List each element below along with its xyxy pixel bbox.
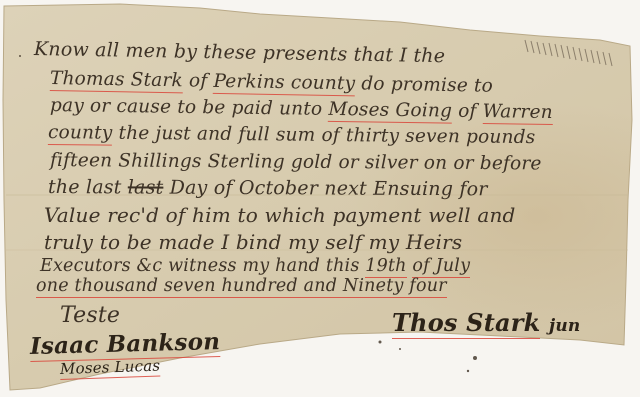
document-scan: Know all men by these presents that I th… <box>0 0 640 397</box>
date-month: of July <box>412 256 470 276</box>
line-text: fifteen Shillings Sterling gold or silve… <box>50 150 542 174</box>
text-line-5: fifteen Shillings Sterling gold or silve… <box>50 150 542 174</box>
witness-name: Moses Lucas <box>60 357 161 378</box>
witness-name: Isaac Bankson <box>30 328 221 360</box>
line-text: Value rec'd of him to which payment well… <box>44 203 516 227</box>
creditor-name: Moses Going <box>328 99 452 122</box>
debtor-name: Thomas Stark <box>50 68 183 91</box>
text-line-7: Value rec'd of him to which payment well… <box>44 203 516 227</box>
line-text: the just and full sum of thirty seven po… <box>112 123 535 148</box>
witness-signature-2: Moses Lucas <box>60 357 161 378</box>
attest-label: Teste <box>60 303 120 328</box>
county-word: county <box>48 122 113 144</box>
debtor-county: Perkins county <box>213 71 355 94</box>
witness-signature-1: Isaac Bankson <box>30 328 221 360</box>
date-day: 19th <box>365 256 406 276</box>
line-text: the last <box>48 176 128 198</box>
line-text: pay or cause to be paid unto <box>50 95 329 120</box>
creditor-place: Warren <box>482 101 552 123</box>
text-line-6: the last last Day of October next Ensuin… <box>48 176 488 200</box>
struck-word: last <box>128 176 164 198</box>
signature-suffix: jun <box>549 316 580 336</box>
line-text: of <box>183 70 214 92</box>
text-line-9: Executors &c witness my hand this 19th o… <box>40 256 470 276</box>
line-text: Executors &c witness my hand this <box>40 256 365 276</box>
text-line-10: one thousand seven hundred and Ninety fo… <box>36 276 447 296</box>
line-text: truly to be made I bind my self my Heirs <box>44 230 462 254</box>
text-line-8: truly to be made I bind my self my Heirs <box>44 230 462 254</box>
teste-text: Teste <box>60 303 120 328</box>
line-text: of <box>452 101 483 122</box>
line-text: Day of October next Ensuing for <box>163 177 487 201</box>
line-text: do promise to <box>355 73 493 96</box>
paper-sheet: Know all men by these presents that I th… <box>0 0 640 397</box>
signature-name: Thos Stark <box>392 308 540 337</box>
date-year: one thousand seven hundred and Ninety fo… <box>36 276 447 296</box>
debtor-signature: Thos Stark jun <box>392 308 580 337</box>
